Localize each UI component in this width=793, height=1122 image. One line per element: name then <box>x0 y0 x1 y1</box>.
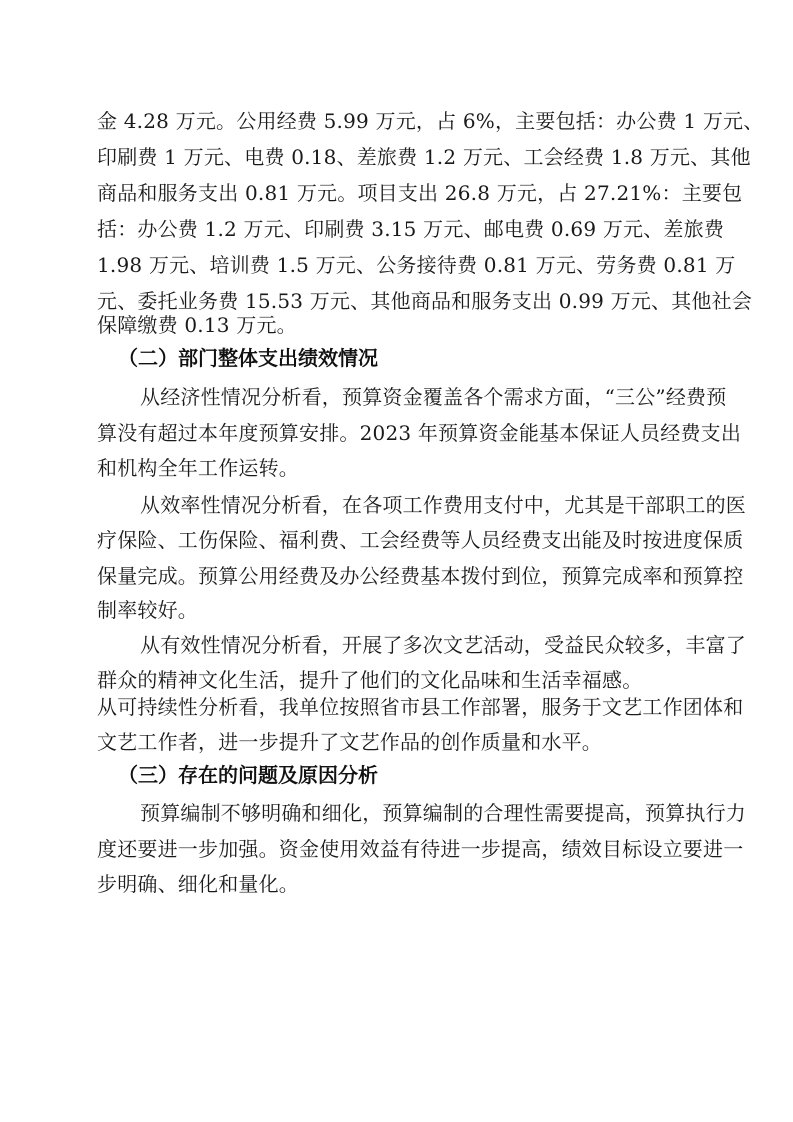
text-line: 制率较好。 <box>97 595 699 625</box>
text-line: 文艺工作者，进一步提升了文艺作品的创作质量和水平。 <box>97 727 699 757</box>
text-line: 保障缴费 0.13 万元。 <box>97 310 699 340</box>
text-line: 从效率性情况分析看，在各项工作费用支付中，尤其是干部职工的医 <box>140 490 699 520</box>
text-line: 从可持续性分析看，我单位按照省市县工作部署，服务于文艺工作团体和 <box>97 692 699 722</box>
text-line: 括：办公费 1.2 万元、印刷费 3.15 万元、邮电费 0.69 万元、差旅费 <box>97 214 699 244</box>
text-line: 从经济性情况分析看，预算资金覆盖各个需求方面，“三公”经费预 <box>140 382 699 412</box>
text-line: 金 4.28 万元。公用经费 5.99 万元，占 6%，主要包括：办公费 1 万… <box>97 106 699 136</box>
text-line: 预算编制不够明确和细化，预算编制的合理性需要提高，预算执行力 <box>140 798 699 828</box>
text-line: 和机构全年工作运转。 <box>97 453 699 483</box>
document-page: 金 4.28 万元。公用经费 5.99 万元，占 6%，主要包括：办公费 1 万… <box>0 0 793 1122</box>
text-line: 1.98 万元、培训费 1.5 万元、公务接待费 0.81 万元、劳务费 0.8… <box>97 250 699 280</box>
text-line: 印刷费 1 万元、电费 0.18、差旅费 1.2 万元、工会经费 1.8 万元、… <box>97 142 699 172</box>
text-line: 群众的精神文化生活，提升了他们的文化品味和生活幸福感。 <box>97 665 699 695</box>
text-line: 从有效性情况分析看，开展了多次文艺活动，受益民众较多，丰富了 <box>140 630 699 660</box>
text-line: 算没有超过本年度预算安排。2023 年预算资金能基本保证人员经费支出 <box>97 418 699 448</box>
text-line: 商品和服务支出 0.81 万元。项目支出 26.8 万元，占 27.21%：主要… <box>97 178 699 208</box>
text-line: 度还要进一步加强。资金使用效益有待进一步提高，绩效目标设立要进一 <box>97 834 699 864</box>
section-heading-2: （二）部门整体支出绩效情况 <box>118 343 378 373</box>
text-line: 疗保险、工伤保险、福利费、工会经费等人员经费支出能及时按进度保质 <box>97 525 699 555</box>
section-heading-3: （三）存在的问题及原因分析 <box>118 760 378 790</box>
text-line: 保量完成。预算公用经费及办公经费基本拨付到位，预算完成率和预算控 <box>97 561 699 591</box>
text-line: 步明确、细化和量化。 <box>97 869 699 899</box>
